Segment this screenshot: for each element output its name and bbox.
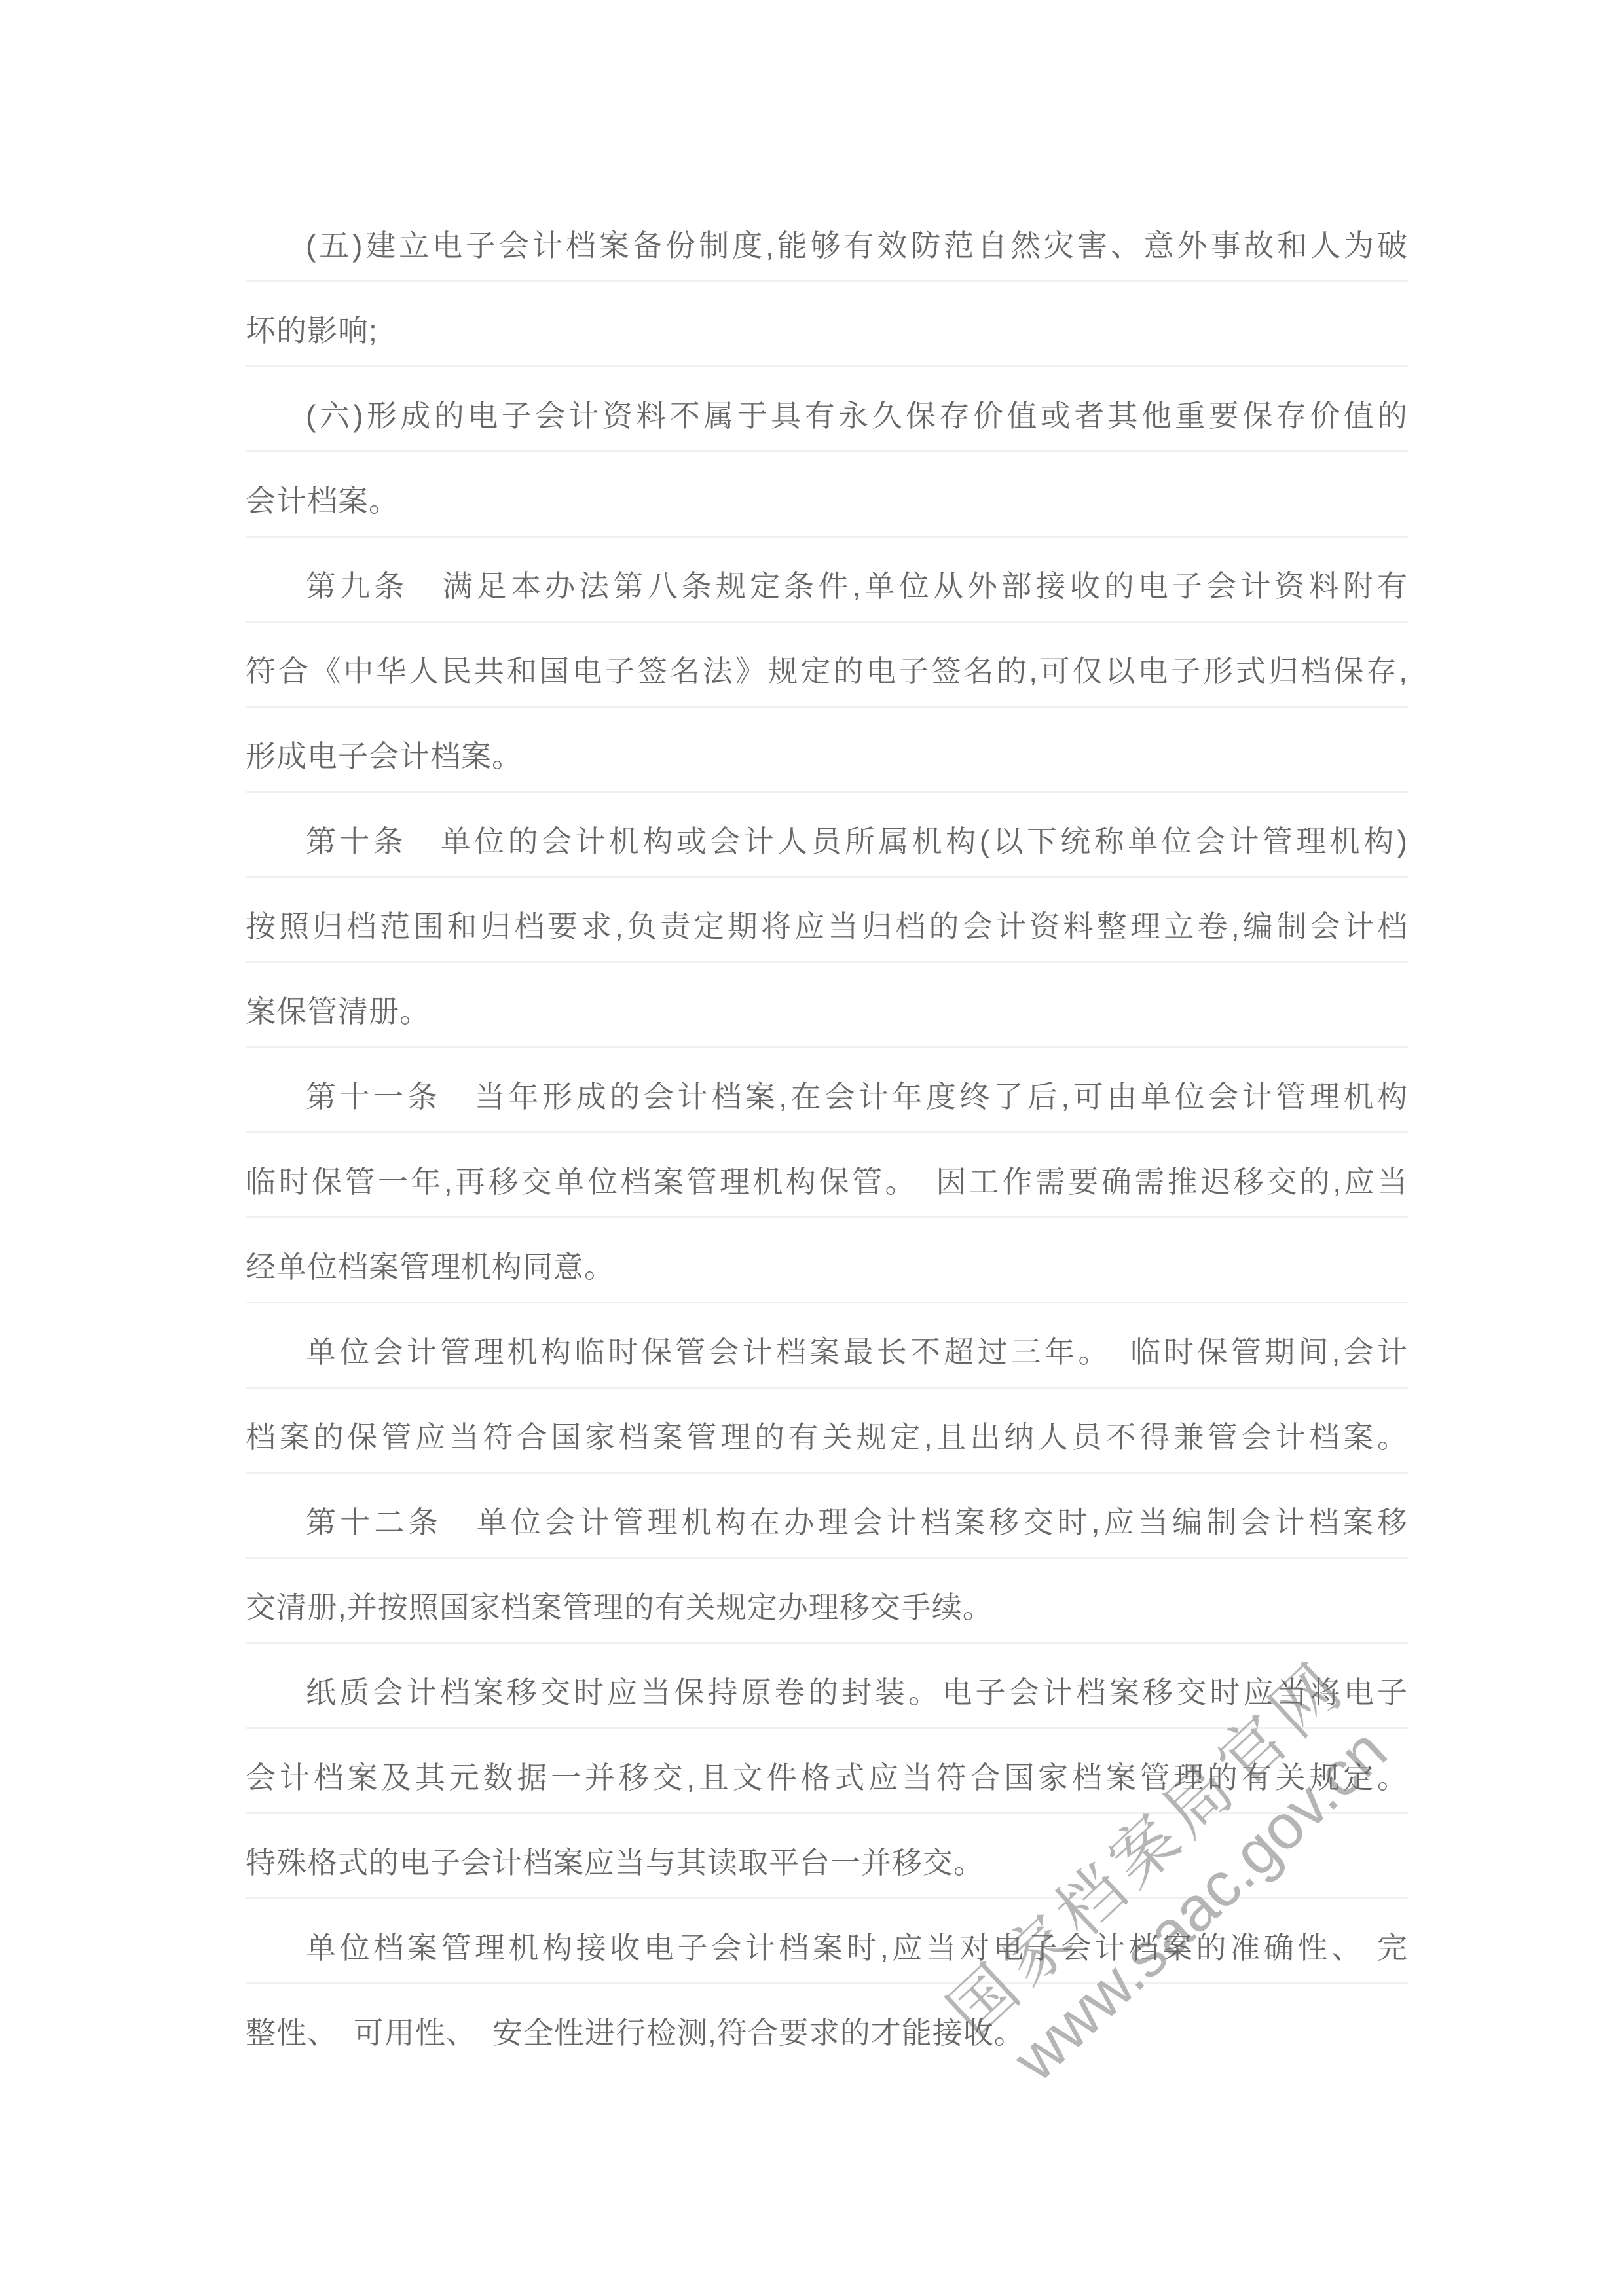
text-line: 第十二条 单位会计管理机构在办理会计档案移交时,应当编制会计档案移 bbox=[246, 1480, 1408, 1565]
text-line: 会计档案。 bbox=[246, 458, 1408, 543]
text-line: 特殊格式的电子会计档案应当与其读取平台一并移交。 bbox=[246, 1820, 1408, 1905]
text-line: 形成电子会计档案。 bbox=[246, 714, 1408, 799]
document-page: 国家档案局官网 www.saac.gov.cn (五)建立电子会计档案备份制度,… bbox=[0, 0, 1624, 2296]
text-line: 交清册,并按照国家档案管理的有关规定办理移交手续。 bbox=[246, 1565, 1408, 1650]
body-text: (五)建立电子会计档案备份制度,能够有效防范自然灾害、意外事故和人为破坏的影响;… bbox=[246, 203, 1408, 2075]
text-line: (五)建立电子会计档案备份制度,能够有效防范自然灾害、意外事故和人为破 bbox=[246, 203, 1408, 288]
text-line: 整性、 可用性、 安全性进行检测,符合要求的才能接收。 bbox=[246, 1990, 1408, 2075]
text-line: 案保管清册。 bbox=[246, 969, 1408, 1054]
text-line: 第十条 单位的会计机构或会计人员所属机构(以下统称单位会计管理机构) bbox=[246, 799, 1408, 884]
text-line: 经单位档案管理机构同意。 bbox=[246, 1224, 1408, 1309]
text-line: 按照归档范围和归档要求,负责定期将应当归档的会计资料整理立卷,编制会计档 bbox=[246, 884, 1408, 969]
text-line: 第十一条 当年形成的会计档案,在会计年度终了后,可由单位会计管理机构 bbox=[246, 1054, 1408, 1139]
text-line: (六)形成的电子会计资料不属于具有永久保存价值或者其他重要保存价值的 bbox=[246, 373, 1408, 458]
text-line: 临时保管一年,再移交单位档案管理机构保管。 因工作需要确需推迟移交的,应当 bbox=[246, 1139, 1408, 1224]
text-line: 坏的影响; bbox=[246, 288, 1408, 373]
text-line: 纸质会计档案移交时应当保持原卷的封装。电子会计档案移交时应当将电子 bbox=[246, 1650, 1408, 1735]
text-line: 单位档案管理机构接收电子会计档案时,应当对电子会计档案的准确性、 完 bbox=[246, 1905, 1408, 1990]
text-line: 会计档案及其元数据一并移交,且文件格式应当符合国家档案管理的有关规定。 bbox=[246, 1735, 1408, 1820]
text-line: 档案的保管应当符合国家档案管理的有关规定,且出纳人员不得兼管会计档案。 bbox=[246, 1394, 1408, 1480]
text-line: 第九条 满足本办法第八条规定条件,单位从外部接收的电子会计资料附有 bbox=[246, 543, 1408, 629]
text-line: 符合《中华人民共和国电子签名法》规定的电子签名的,可仅以电子形式归档保存, bbox=[246, 629, 1408, 714]
text-line: 单位会计管理机构临时保管会计档案最长不超过三年。 临时保管期间,会计 bbox=[246, 1309, 1408, 1394]
